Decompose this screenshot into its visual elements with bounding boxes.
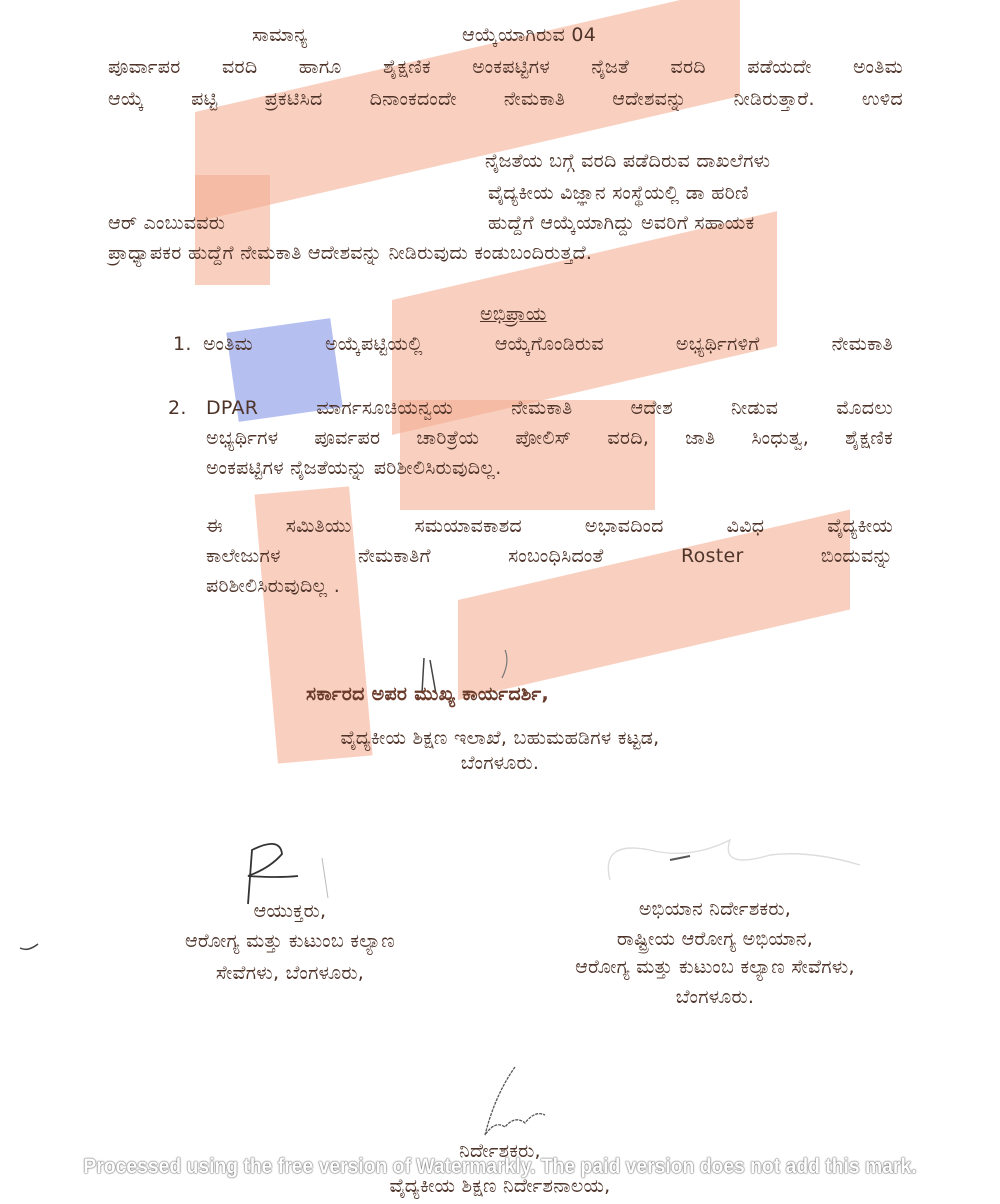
right-signatory-title: ಅಭಿಯಾನ ನಿರ್ದೇಶಕರು, — [490, 898, 940, 920]
header-right-text: ಆಯ್ಕೆಯಾಗಿರುವ 04 — [462, 24, 596, 46]
point-2-line-1: DPAR ಮಾರ್ಗಸೂಚಿಯನ್ವಯ ನೇಮಕಾತಿ ಆದೇಶ ನೀಡುವ ಮ… — [206, 397, 893, 419]
point-1-line-1: ಅಂತಿಮ ಅಯ್ಕೆಪಟ್ಟಿಯಲ್ಲಿ ಆಯ್ಕೆಗೊಂಡಿರುವ ಅಭ್ಯ… — [203, 333, 893, 355]
main-signatory-department: ವೈದ್ಯಕೀಯ ಶಿಕ್ಷಣ ಇಲಾಖೆ, ಬಹುಮಹಡಿಗಳ ಕಟ್ಟಡ, — [200, 727, 800, 749]
para2-line-4: ಪ್ರಾಧ್ಯಾಪಕರ ಹುದ್ದೆಗೆ ನೇಮಕಾತಿ ಆದೇಶವನ್ನು ನ… — [108, 242, 592, 264]
signature-left — [230, 838, 360, 908]
para2-line-3-left: ಆರ್ ಎಂಬುವವರು — [108, 212, 225, 234]
para2-line-2: ವೈದ್ಯಕೀಯ ವಿಜ್ಞಾನ ಸಂಸ್ಥೆಯಲ್ಲಿ ಡಾ ಹರಿಣಿ — [488, 182, 749, 204]
right-signatory-line-2: ರಾಷ್ಟ್ರೀಯ ಆರೋಗ್ಯ ಅಭಿಯಾನ, — [490, 928, 940, 950]
para3-line-3: ಪರಿಶೀಲಿಸಿರುವುದಿಲ್ಲ . — [206, 575, 340, 597]
main-signatory-city: ಬೆಂಗಳೂರು. — [200, 752, 800, 774]
point-1-number: 1. — [173, 333, 192, 355]
left-signatory-title: ಆಯುಕ್ತರು, — [100, 900, 480, 922]
para2-line-1: ನೈಜತೆಯ ಬಗ್ಗೆ ವರದಿ ಪಡೆದಿರುವ ದಾಖಲೆಗಳು — [485, 150, 770, 172]
point-2-line-2: ಅಭ್ಯರ್ಥಿಗಳ ಪೂರ್ವಪರ ಚಾರಿತ್ರೆಯ ಪೋಲಿಸ್ ವರದಿ… — [206, 427, 893, 449]
opinion-heading: ಅಭಿಪ್ರಾಯ — [480, 303, 547, 325]
para2-line-3-right: ಹುದ್ದೆಗೆ ಆಯ್ಕೆಯಾಗಿದ್ದು ಅವರಿಗೆ ಸಹಾಯಕ — [488, 212, 754, 234]
header-left-text: ಸಾಮಾನ್ಯ — [252, 24, 308, 46]
right-signatory-line-4: ಬೆಂಗಳೂರು. — [490, 986, 940, 1008]
right-signatory-line-3: ಆರೋಗ್ಯ ಮತ್ತು ಕುಟುಂಬ ಕಲ್ಯಾಣ ಸೇವೆಗಳು, — [490, 956, 940, 978]
document-page: ಸಾಮಾನ್ಯ ಆಯ್ಕೆಯಾಗಿರುವ 04 ಪೂರ್ವಾಪರ ವರದಿ ಹಾ… — [0, 0, 1000, 1204]
para1-line-2: ಆಯ್ಕೆ ಪಟ್ಟಿ ಪ್ರಕಟಿಸಿದ ದಿನಾಂಕದಂದೇ ನೇಮಕಾತಿ… — [108, 88, 903, 110]
para1-line-1: ಪೂರ್ವಾಪರ ವರದಿ ಹಾಗೂ ಶೈಕ್ಷಣಿಕ ಅಂಕಪಟ್ಟಿಗಳ ನ… — [108, 56, 903, 78]
para3-line-2: ಕಾಲೇಜುಗಳ ನೇಮಕಾತಿಗೆ ಸಂಬಂಧಿಸಿದಂತೆ Roster ಬ… — [206, 545, 893, 567]
point-2-number: 2. — [168, 397, 187, 419]
stray-mark — [18, 940, 42, 954]
point-2-line-3: ಅಂಕಪಟ್ಟಿಗಳ ನೈಜತೆಯನ್ನು ಪರಿಶೀಲಿಸಿರುವುದಿಲ್ಲ… — [206, 457, 502, 479]
left-signatory-line-2: ಆರೋಗ್ಯ ಮತ್ತು ಕುಟುಂಬ ಕಲ್ಯಾಣ — [100, 930, 480, 952]
para3-line-1: ಈ ಸಮಿತಿಯು ಸಮಯಾವಕಾಶದ ಅಭಾವದಿಂದ ವಿವಿಧ ವೈದ್ಯ… — [206, 515, 893, 537]
watermark-text: Processed using the free version of Wate… — [40, 1155, 960, 1179]
main-signatory-title: ಸರ್ಕಾರದ ಅಪರ ಮುಖ್ಯ ಕಾರ್ಯದರ್ಶಿ, — [306, 683, 549, 705]
left-signatory-line-3: ಸೇವೆಗಳು, ಬೆಂಗಳೂರು, — [100, 962, 480, 984]
signature-right — [580, 830, 880, 900]
